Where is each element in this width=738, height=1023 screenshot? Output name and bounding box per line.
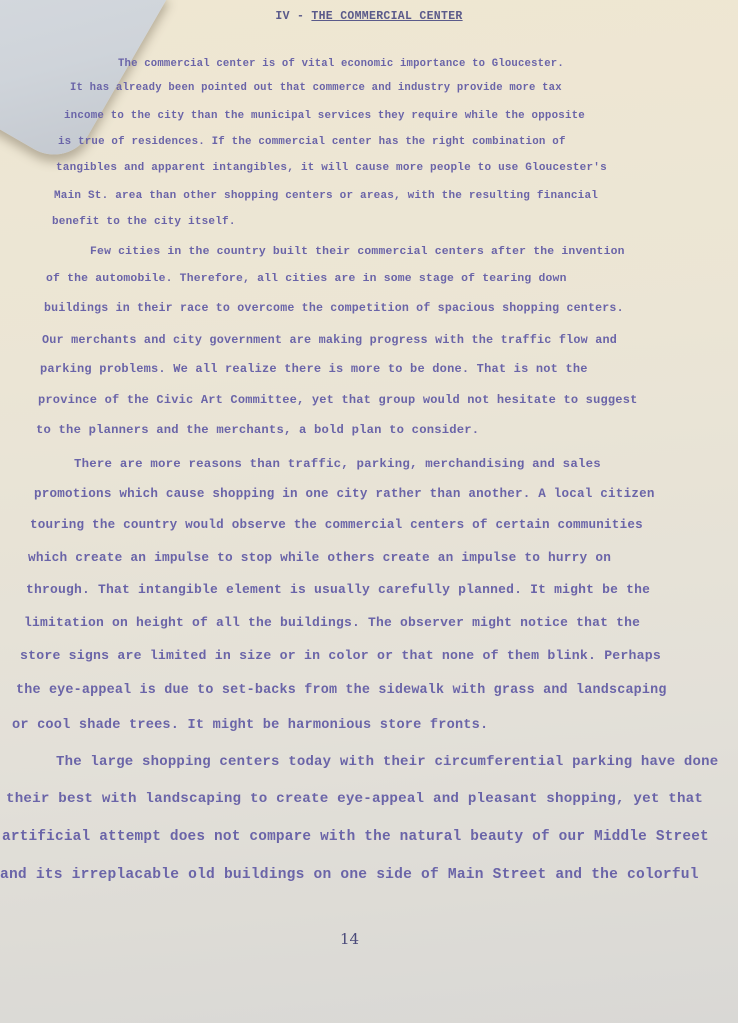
text-line: There are more reasons than traffic, par… <box>74 457 601 471</box>
text-line: or cool shade trees. It might be harmoni… <box>12 718 488 733</box>
text-line: and its irreplacable old buildings on on… <box>0 867 699 883</box>
text-line: Our merchants and city government are ma… <box>42 333 617 347</box>
text-line: through. That intangible element is usua… <box>26 582 650 597</box>
text-line: The commercial center is of vital econom… <box>118 58 564 70</box>
text-line: It has already been pointed out that com… <box>70 82 562 94</box>
page-number: 14 <box>340 930 359 948</box>
text-line: parking problems. We all realize there i… <box>40 362 588 376</box>
text-line: buildings in their race to overcome the … <box>44 302 624 315</box>
text-line: which create an impulse to stop while ot… <box>28 550 611 565</box>
text-line: the eye-appeal is due to set-backs from … <box>16 683 667 698</box>
text-line: Main St. area than other shopping center… <box>54 190 598 202</box>
text-line: promotions which cause shopping in one c… <box>34 487 655 501</box>
section-heading: THE COMMERCIAL CENTER <box>311 10 462 23</box>
text-line: province of the Civic Art Committee, yet… <box>38 393 638 407</box>
text-line: income to the city than the municipal se… <box>64 110 585 122</box>
section-title: IV - THE COMMERCIAL CENTER <box>0 10 738 23</box>
text-line: tangibles and apparent intangibles, it w… <box>56 162 607 174</box>
text-line: artificial attempt does not compare with… <box>2 829 709 845</box>
text-line: store signs are limited in size or in co… <box>20 648 661 663</box>
text-line: to the planners and the merchants, a bol… <box>36 423 479 437</box>
text-line: Few cities in the country built their co… <box>90 246 625 258</box>
section-number: IV - <box>275 10 311 23</box>
text-line: limitation on height of all the building… <box>24 615 640 630</box>
text-line: is true of residences. If the commercial… <box>58 136 566 148</box>
document-page: IV - THE COMMERCIAL CENTER The commercia… <box>0 0 738 1023</box>
text-line: The large shopping centers today with th… <box>56 754 718 770</box>
text-line: of the automobile. Therefore, all cities… <box>46 273 567 285</box>
text-line: touring the country would observe the co… <box>30 518 643 532</box>
text-line: their best with landscaping to create ey… <box>6 791 703 807</box>
text-line: benefit to the city itself. <box>52 216 236 228</box>
